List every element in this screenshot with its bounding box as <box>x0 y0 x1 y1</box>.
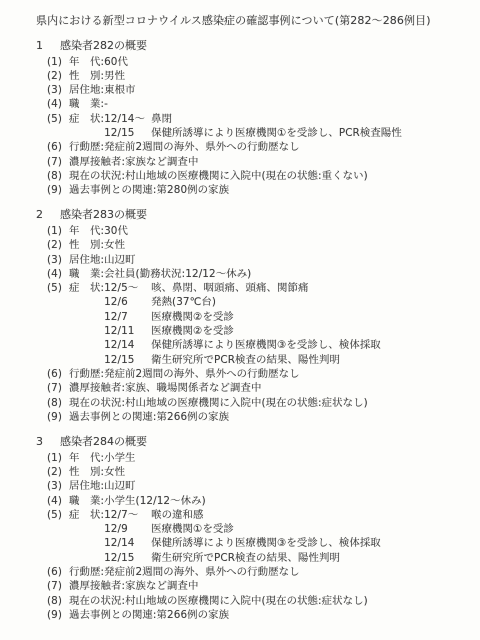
item-number: (6) <box>47 565 69 579</box>
timeline-text: 鼻閉 <box>151 112 466 126</box>
case-number: 2 <box>36 208 60 223</box>
item-label: 性 別: <box>69 69 104 83</box>
document-page: 県内における新型コロナウイルス感染症の確認事例について(第282〜286例目) … <box>0 0 480 640</box>
timeline-text: 咳、鼻閉、咽頭痛、頭痛、関節痛 <box>151 281 466 295</box>
document-title: 県内における新型コロナウイルス感染症の確認事例について(第282〜286例目) <box>36 14 466 28</box>
item-value: 会社員(勤務状況:12/12〜休み) <box>104 267 466 281</box>
item-number: (6) <box>47 367 69 381</box>
item-label: 居住地: <box>69 253 104 267</box>
item-label: 職 業: <box>69 267 104 281</box>
item-label: 職 業: <box>69 494 104 508</box>
item-value: 女性 <box>104 238 466 252</box>
item-value: 男性 <box>104 69 466 83</box>
item-number: (8) <box>47 594 69 608</box>
case-heading: 1感染者282の概要 <box>36 39 466 54</box>
item-number: (9) <box>47 410 69 424</box>
item-value: 60代 <box>104 55 466 69</box>
item-number: (7) <box>47 381 69 395</box>
item-value: 家族、職場関係者など調査中 <box>125 381 466 395</box>
case-item-row: (8)現在の状況:村山地域の医療機関に入院中(現在の状態:重くない) <box>36 169 466 183</box>
item-value: 家族など調査中 <box>125 579 466 593</box>
item-number: (1) <box>47 224 69 238</box>
case-item-row: (9)過去事例との関連:第266例の家族 <box>36 608 466 622</box>
symptom-timeline-row: 12/11医療機関②を受診 <box>104 324 466 338</box>
item-label: 現在の状況: <box>69 594 125 608</box>
cases-container: 1感染者282の概要(1)年 代:60代(2)性 別:男性(3)居住地:東根市(… <box>36 39 466 622</box>
timeline-date: 12/5〜 <box>104 281 151 295</box>
case-item-row: (9)過去事例との関連:第280例の家族 <box>36 183 466 197</box>
case-item-row: (6)行動歴:発症前2週間の海外、県外への行動歴なし <box>36 565 466 579</box>
symptom-timeline-row: 12/15衛生研究所でPCR検査の結果、陽性判明 <box>104 551 466 565</box>
timeline-text: 医療機関①を受診 <box>151 522 466 536</box>
item-label: 濃厚接触者: <box>69 155 125 169</box>
item-number: (9) <box>47 183 69 197</box>
item-label: 症 状: <box>69 281 104 367</box>
timeline-text: 発熱(37℃台) <box>151 295 466 309</box>
item-number: (4) <box>47 97 69 111</box>
symptom-timeline-row: 12/5〜咳、鼻閉、咽頭痛、頭痛、関節痛 <box>104 281 466 295</box>
case-item-row: (2)性 別:女性 <box>36 465 466 479</box>
item-label: 症 状: <box>69 508 104 565</box>
symptom-timeline-row: 12/14保健所誘導により医療機関③を受診し、検体採取 <box>104 536 466 550</box>
case-item-row: (8)現在の状況:村山地域の医療機関に入院中(現在の状態:症状なし) <box>36 594 466 608</box>
timeline-date: 12/6 <box>104 295 151 309</box>
item-value: 山辺町 <box>104 253 466 267</box>
item-number: (2) <box>47 69 69 83</box>
case-item-row: (4)職 業:- <box>36 97 466 111</box>
item-label: 職 業: <box>69 97 104 111</box>
item-number: (5) <box>47 112 69 141</box>
symptom-timeline-row: 12/15衛生研究所でPCR検査の結果、陽性判明 <box>104 353 466 367</box>
item-label: 年 代: <box>69 55 104 69</box>
item-label: 行動歴: <box>69 140 104 154</box>
case-number: 3 <box>36 435 60 450</box>
timeline-date: 12/9 <box>104 522 151 536</box>
symptom-timeline-row: 12/14保健所誘導により医療機関③を受診し、検体採取 <box>104 338 466 352</box>
case-item-row: (5)症 状:12/7〜喉の違和感12/9医療機関①を受診12/14保健所誘導に… <box>36 508 466 565</box>
item-value: 12/7〜喉の違和感12/9医療機関①を受診12/14保健所誘導により医療機関③… <box>104 508 466 565</box>
item-label: 年 代: <box>69 224 104 238</box>
item-value: 山辺町 <box>104 479 466 493</box>
item-number: (6) <box>47 140 69 154</box>
timeline-text: 医療機関②を受診 <box>151 324 466 338</box>
case-title: 感染者282の概要 <box>60 39 147 54</box>
case-title: 感染者283の概要 <box>60 208 147 223</box>
item-value: 村山地域の医療機関に入院中(現在の状態:重くない) <box>125 169 466 183</box>
item-value: 発症前2週間の海外、県外への行動歴なし <box>104 565 466 579</box>
item-number: (8) <box>47 169 69 183</box>
item-label: 過去事例との関連: <box>69 410 157 424</box>
item-value: 村山地域の医療機関に入院中(現在の状態:症状なし) <box>125 396 466 410</box>
timeline-date: 12/15 <box>104 353 151 367</box>
timeline-text: 医療機関②を受診 <box>151 310 466 324</box>
item-label: 年 代: <box>69 451 104 465</box>
item-number: (7) <box>47 155 69 169</box>
case-item-row: (4)職 業:会社員(勤務状況:12/12〜休み) <box>36 267 466 281</box>
timeline-date: 12/7〜 <box>104 508 151 522</box>
case-item-row: (7)濃厚接触者:家族など調査中 <box>36 579 466 593</box>
case-item-row: (3)居住地:山辺町 <box>36 253 466 267</box>
item-value: 家族など調査中 <box>125 155 466 169</box>
item-value: 第280例の家族 <box>157 183 466 197</box>
case-heading: 2感染者283の概要 <box>36 208 466 223</box>
symptom-timeline-row: 12/6発熱(37℃台) <box>104 295 466 309</box>
item-number: (3) <box>47 479 69 493</box>
item-label: 現在の状況: <box>69 396 125 410</box>
timeline-date: 12/15 <box>104 126 151 140</box>
item-label: 居住地: <box>69 479 104 493</box>
item-number: (1) <box>47 55 69 69</box>
case-number: 1 <box>36 39 60 54</box>
symptom-timeline-row: 12/9医療機関①を受診 <box>104 522 466 536</box>
item-label: 濃厚接触者: <box>69 579 125 593</box>
symptom-timeline-row: 12/14〜鼻閉 <box>104 112 466 126</box>
item-value: 発症前2週間の海外、県外への行動歴なし <box>104 367 466 381</box>
item-label: 行動歴: <box>69 565 104 579</box>
case-title: 感染者284の概要 <box>60 435 147 450</box>
item-label: 過去事例との関連: <box>69 608 157 622</box>
case-item-row: (5)症 状:12/14〜鼻閉12/15保健所誘導により医療機関①を受診し、PC… <box>36 112 466 141</box>
item-value: - <box>104 97 466 111</box>
item-value: 第266例の家族 <box>157 608 466 622</box>
item-value: 小学生 <box>104 451 466 465</box>
item-value: 女性 <box>104 465 466 479</box>
item-label: 濃厚接触者: <box>69 381 125 395</box>
item-number: (4) <box>47 267 69 281</box>
item-value: 第266例の家族 <box>157 410 466 424</box>
case-item-row: (7)濃厚接触者:家族、職場関係者など調査中 <box>36 381 466 395</box>
item-number: (3) <box>47 83 69 97</box>
case-item-row: (8)現在の状況:村山地域の医療機関に入院中(現在の状態:症状なし) <box>36 396 466 410</box>
case-item-row: (2)性 別:女性 <box>36 238 466 252</box>
item-value: 12/5〜咳、鼻閉、咽頭痛、頭痛、関節痛12/6発熱(37℃台)12/7医療機関… <box>104 281 466 367</box>
timeline-date: 12/7 <box>104 310 151 324</box>
timeline-text: 保健所誘導により医療機関③を受診し、検体採取 <box>151 338 466 352</box>
item-value: 30代 <box>104 224 466 238</box>
case-item-row: (1)年 代:小学生 <box>36 451 466 465</box>
timeline-date: 12/14〜 <box>104 112 151 126</box>
timeline-date: 12/14 <box>104 338 151 352</box>
timeline-text: 喉の違和感 <box>151 508 466 522</box>
case-item-row: (2)性 別:男性 <box>36 69 466 83</box>
case-item-row: (6)行動歴:発症前2週間の海外、県外への行動歴なし <box>36 140 466 154</box>
item-number: (7) <box>47 579 69 593</box>
case-item-row: (6)行動歴:発症前2週間の海外、県外への行動歴なし <box>36 367 466 381</box>
item-label: 性 別: <box>69 465 104 479</box>
case-item-row: (9)過去事例との関連:第266例の家族 <box>36 410 466 424</box>
case-item-row: (5)症 状:12/5〜咳、鼻閉、咽頭痛、頭痛、関節痛12/6発熱(37℃台)1… <box>36 281 466 367</box>
item-number: (8) <box>47 396 69 410</box>
timeline-text: 保健所誘導により医療機関①を受診し、PCR検査陽性 <box>151 126 466 140</box>
case-item-row: (3)居住地:山辺町 <box>36 479 466 493</box>
symptom-timeline-row: 12/15保健所誘導により医療機関①を受診し、PCR検査陽性 <box>104 126 466 140</box>
item-number: (9) <box>47 608 69 622</box>
case-section: 1感染者282の概要(1)年 代:60代(2)性 別:男性(3)居住地:東根市(… <box>36 39 466 197</box>
case-section: 3感染者284の概要(1)年 代:小学生(2)性 別:女性(3)居住地:山辺町(… <box>36 435 466 622</box>
timeline-date: 12/15 <box>104 551 151 565</box>
timeline-text: 衛生研究所でPCR検査の結果、陽性判明 <box>151 551 466 565</box>
symptom-timeline-row: 12/7医療機関②を受診 <box>104 310 466 324</box>
timeline-date: 12/11 <box>104 324 151 338</box>
item-number: (3) <box>47 253 69 267</box>
case-item-row: (7)濃厚接触者:家族など調査中 <box>36 155 466 169</box>
item-value: 12/14〜鼻閉12/15保健所誘導により医療機関①を受診し、PCR検査陽性 <box>104 112 466 141</box>
item-value: 村山地域の医療機関に入院中(現在の状態:症状なし) <box>125 594 466 608</box>
symptom-timeline-row: 12/7〜喉の違和感 <box>104 508 466 522</box>
case-heading: 3感染者284の概要 <box>36 435 466 450</box>
item-label: 居住地: <box>69 83 104 97</box>
case-item-row: (1)年 代:60代 <box>36 55 466 69</box>
item-number: (5) <box>47 281 69 367</box>
item-number: (2) <box>47 238 69 252</box>
item-number: (5) <box>47 508 69 565</box>
item-number: (1) <box>47 451 69 465</box>
timeline-text: 保健所誘導により医療機関③を受診し、検体採取 <box>151 536 466 550</box>
timeline-date: 12/14 <box>104 536 151 550</box>
item-label: 性 別: <box>69 238 104 252</box>
item-label: 過去事例との関連: <box>69 183 157 197</box>
item-label: 症 状: <box>69 112 104 141</box>
item-label: 現在の状況: <box>69 169 125 183</box>
case-item-row: (1)年 代:30代 <box>36 224 466 238</box>
item-label: 行動歴: <box>69 367 104 381</box>
item-number: (4) <box>47 494 69 508</box>
case-section: 2感染者283の概要(1)年 代:30代(2)性 別:女性(3)居住地:山辺町(… <box>36 208 466 424</box>
item-value: 小学生(12/12〜休み) <box>104 494 466 508</box>
item-value: 東根市 <box>104 83 466 97</box>
item-value: 発症前2週間の海外、県外への行動歴なし <box>104 140 466 154</box>
case-item-row: (3)居住地:東根市 <box>36 83 466 97</box>
timeline-text: 衛生研究所でPCR検査の結果、陽性判明 <box>151 353 466 367</box>
case-item-row: (4)職 業:小学生(12/12〜休み) <box>36 494 466 508</box>
item-number: (2) <box>47 465 69 479</box>
